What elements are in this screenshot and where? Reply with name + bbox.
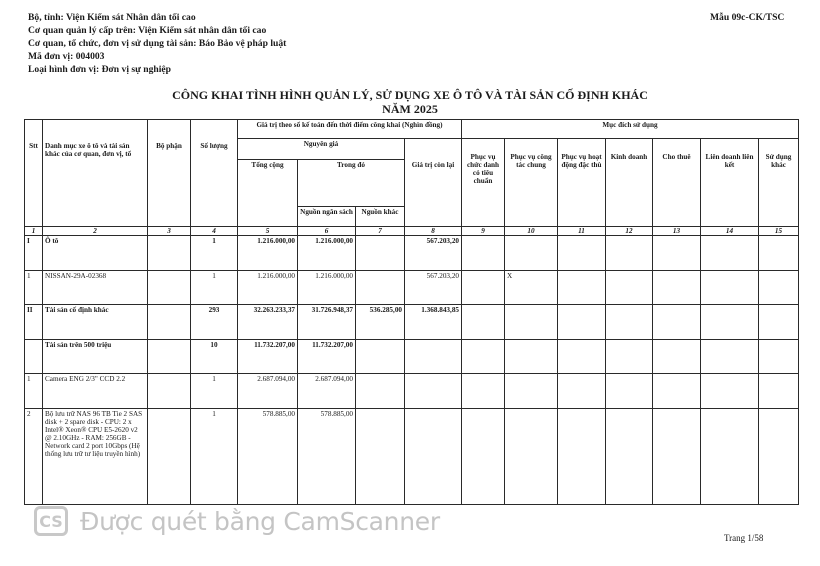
header-stt: Stt — [25, 120, 43, 227]
header-purpose-6: Liên doanh liên kết — [701, 139, 759, 227]
header-purpose-5: Cho thuê — [653, 139, 701, 227]
header-category: Danh mục xe ô tô và tài sản khác của cơ … — [43, 120, 148, 227]
row-purpose-4 — [606, 374, 653, 409]
row-purpose-3 — [558, 305, 606, 340]
header-unit-code: Mã đơn vị: 004003 — [28, 50, 286, 63]
row-total: 1.216.000,00 — [238, 271, 298, 305]
header-parent-agency: Cơ quan quản lý cấp trên: Viện Kiểm sát … — [28, 24, 286, 37]
header-purpose-2: Phục vụ công tác chung — [505, 139, 558, 227]
col-num: 7 — [356, 227, 405, 236]
camscanner-watermark: CS Được quét bằng CamScanner — [34, 502, 440, 540]
header-purpose-group: Mục đích sử dụng — [462, 120, 799, 139]
column-number-row: 1 2 3 4 5 6 7 8 9 10 11 12 13 14 15 — [25, 227, 799, 236]
row-purpose-4 — [606, 305, 653, 340]
table-body: IÔ tô11.216.000,001.216.000,00567.203,20… — [25, 236, 799, 505]
col-num: 8 — [405, 227, 462, 236]
row-purpose-5 — [653, 271, 701, 305]
row-purpose-5 — [653, 409, 701, 505]
table-row: Tài sản trên 500 triệu1011.732.207,0011.… — [25, 340, 799, 374]
row-purpose-7 — [759, 271, 799, 305]
row-budget-source: 578.885,00 — [298, 409, 356, 505]
col-num: 14 — [701, 227, 759, 236]
col-num: 5 — [238, 227, 298, 236]
col-num: 3 — [148, 227, 191, 236]
row-purpose-2 — [505, 374, 558, 409]
header-unit-type: Loại hình đơn vị: Đơn vị sự nghiệp — [28, 63, 286, 76]
row-remaining-value: 1.368.843,85 — [405, 305, 462, 340]
document-header: Bộ, tỉnh: Viện Kiểm sát Nhân dân tối cao… — [28, 11, 286, 76]
col-num: 9 — [462, 227, 505, 236]
row-stt: 1 — [25, 374, 43, 409]
col-num: 1 — [25, 227, 43, 236]
row-name: NISSAN-29A-02368 — [43, 271, 148, 305]
row-purpose-2 — [505, 340, 558, 374]
row-name: Tài sản cố định khác — [43, 305, 148, 340]
row-purpose-7 — [759, 374, 799, 409]
row-purpose-6 — [701, 271, 759, 305]
row-name: Camera ENG 2/3" CCD 2.2 — [43, 374, 148, 409]
header-quantity: Số lượng — [191, 120, 238, 227]
row-total: 578.885,00 — [238, 409, 298, 505]
row-name: Ô tô — [43, 236, 148, 271]
col-num: 6 — [298, 227, 356, 236]
row-purpose-1 — [462, 340, 505, 374]
row-quantity: 293 — [191, 305, 238, 340]
row-purpose-2 — [505, 236, 558, 271]
col-num: 4 — [191, 227, 238, 236]
row-quantity: 1 — [191, 374, 238, 409]
row-other-source: 536.285,00 — [356, 305, 405, 340]
row-purpose-4 — [606, 236, 653, 271]
row-purpose-6 — [701, 374, 759, 409]
row-other-source — [356, 340, 405, 374]
form-code: Mẫu 09c-CK/TSC — [710, 12, 784, 23]
header-other-source: Nguồn khác — [356, 207, 405, 227]
row-remaining-value — [405, 409, 462, 505]
table-row: IITài sản cố định khác29332.263.233,3731… — [25, 305, 799, 340]
row-purpose-1 — [462, 271, 505, 305]
row-quantity: 1 — [191, 271, 238, 305]
row-purpose-2 — [505, 305, 558, 340]
col-num: 15 — [759, 227, 799, 236]
row-quantity: 10 — [191, 340, 238, 374]
row-purpose-3 — [558, 236, 606, 271]
header-budget-source: Nguồn ngân sách — [298, 207, 356, 227]
header-total: Tổng cộng — [238, 160, 298, 227]
row-department — [148, 374, 191, 409]
header-purpose-3: Phục vụ hoạt động đặc thù — [558, 139, 606, 227]
row-purpose-3 — [558, 409, 606, 505]
title-line-1: CÔNG KHAI TÌNH HÌNH QUẢN LÝ, SỬ DỤNG XE … — [0, 88, 820, 102]
row-purpose-4 — [606, 340, 653, 374]
col-num: 12 — [606, 227, 653, 236]
row-purpose-4 — [606, 409, 653, 505]
header-book-value-group: Giá trị theo sổ kế toán đến thời điểm cô… — [238, 120, 462, 139]
row-total: 32.263.233,37 — [238, 305, 298, 340]
row-total: 11.732.207,00 — [238, 340, 298, 374]
header-purpose-1: Phục vụ chức danh có tiêu chuẩn — [462, 139, 505, 227]
row-department — [148, 409, 191, 505]
row-stt: II — [25, 305, 43, 340]
row-other-source — [356, 236, 405, 271]
row-department — [148, 271, 191, 305]
row-purpose-2: X — [505, 271, 558, 305]
row-budget-source: 2.687.094,00 — [298, 374, 356, 409]
row-purpose-7 — [759, 236, 799, 271]
row-purpose-1 — [462, 305, 505, 340]
row-purpose-1 — [462, 409, 505, 505]
row-purpose-6 — [701, 236, 759, 271]
table-row: IÔ tô11.216.000,001.216.000,00567.203,20 — [25, 236, 799, 271]
row-purpose-2 — [505, 409, 558, 505]
row-purpose-1 — [462, 374, 505, 409]
row-purpose-7 — [759, 340, 799, 374]
row-purpose-5 — [653, 340, 701, 374]
row-stt: 1 — [25, 271, 43, 305]
row-purpose-6 — [701, 409, 759, 505]
row-other-source — [356, 374, 405, 409]
header-using-unit: Cơ quan, tổ chức, đơn vị sử dụng tài sản… — [28, 37, 286, 50]
row-purpose-3 — [558, 374, 606, 409]
row-name: Tài sản trên 500 triệu — [43, 340, 148, 374]
header-ministry: Bộ, tỉnh: Viện Kiểm sát Nhân dân tối cao — [28, 11, 286, 24]
row-purpose-3 — [558, 340, 606, 374]
row-purpose-5 — [653, 305, 701, 340]
table-row: 1NISSAN-29A-0236811.216.000,001.216.000,… — [25, 271, 799, 305]
col-num: 2 — [43, 227, 148, 236]
row-department — [148, 340, 191, 374]
header-purpose-7: Sử dụng khác — [759, 139, 799, 227]
row-budget-source: 1.216.000,00 — [298, 271, 356, 305]
row-remaining-value: 567.203,20 — [405, 236, 462, 271]
row-purpose-6 — [701, 340, 759, 374]
asset-table: Stt Danh mục xe ô tô và tài sản khác của… — [24, 119, 799, 505]
row-remaining-value: 567.203,20 — [405, 271, 462, 305]
header-purpose-4: Kinh doanh — [606, 139, 653, 227]
row-purpose-4 — [606, 271, 653, 305]
row-total: 2.687.094,00 — [238, 374, 298, 409]
row-purpose-6 — [701, 305, 759, 340]
col-num: 13 — [653, 227, 701, 236]
row-department — [148, 236, 191, 271]
camscanner-logo-icon: CS — [34, 506, 68, 536]
header-of-which: Trong đó — [298, 160, 405, 207]
title-line-2: NĂM 2025 — [0, 102, 820, 116]
table-row: 2Bộ lưu trữ NAS 96 TB Tie 2 SAS disk + 2… — [25, 409, 799, 505]
row-purpose-1 — [462, 236, 505, 271]
row-department — [148, 305, 191, 340]
col-num: 10 — [505, 227, 558, 236]
row-purpose-5 — [653, 374, 701, 409]
row-purpose-7 — [759, 409, 799, 505]
header-original-price: Nguyên giá — [238, 139, 405, 160]
row-purpose-3 — [558, 271, 606, 305]
row-budget-source: 31.726.948,37 — [298, 305, 356, 340]
row-stt — [25, 340, 43, 374]
row-purpose-7 — [759, 305, 799, 340]
row-budget-source: 11.732.207,00 — [298, 340, 356, 374]
document-title: CÔNG KHAI TÌNH HÌNH QUẢN LÝ, SỬ DỤNG XE … — [0, 88, 820, 116]
header-remaining-value: Giá trị còn lại — [405, 139, 462, 227]
table-row: 1Camera ENG 2/3" CCD 2.212.687.094,002.6… — [25, 374, 799, 409]
page-number: Trang 1/58 — [724, 533, 763, 543]
row-remaining-value — [405, 340, 462, 374]
header-department: Bộ phận — [148, 120, 191, 227]
row-remaining-value — [405, 374, 462, 409]
row-stt: I — [25, 236, 43, 271]
row-budget-source: 1.216.000,00 — [298, 236, 356, 271]
row-quantity: 1 — [191, 409, 238, 505]
row-purpose-5 — [653, 236, 701, 271]
row-quantity: 1 — [191, 236, 238, 271]
row-total: 1.216.000,00 — [238, 236, 298, 271]
row-other-source — [356, 271, 405, 305]
col-num: 11 — [558, 227, 606, 236]
row-name: Bộ lưu trữ NAS 96 TB Tie 2 SAS disk + 2 … — [43, 409, 148, 505]
row-stt: 2 — [25, 409, 43, 505]
row-other-source — [356, 409, 405, 505]
watermark-text: Được quét bằng CamScanner — [80, 507, 440, 536]
